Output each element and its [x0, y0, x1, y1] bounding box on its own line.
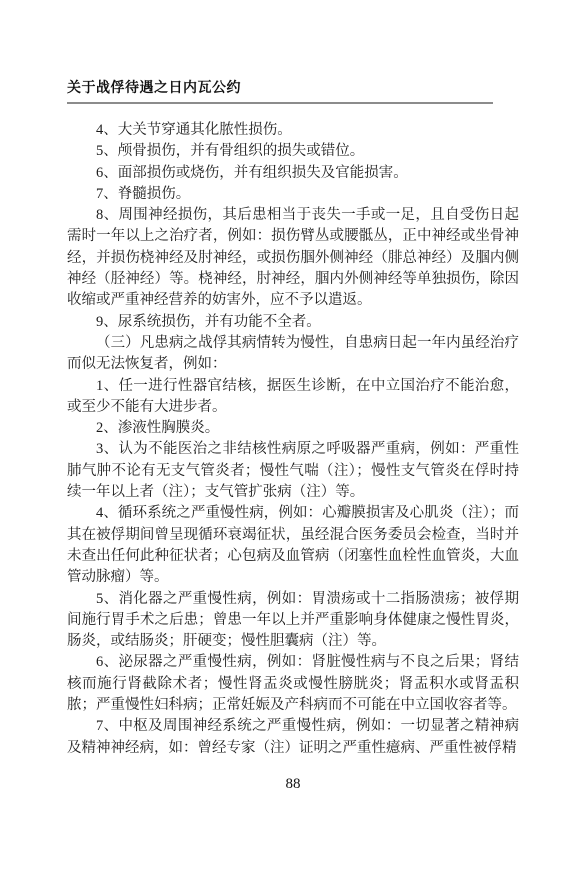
document-title: 关于战俘待遇之日内瓦公约	[67, 79, 519, 95]
paragraph: 8、周围神经损伤，其后患相当于丧失一手或一足，且自受伤日起需时一年以上之治疗者，…	[67, 205, 519, 311]
paragraph: 5、颅骨损伤，并有骨组织的损失或错位。	[67, 141, 519, 162]
paragraph: 6、泌尿器之严重慢性病，例如：肾脏慢性病与不良之后果；肾结核而施行肾截除术者；慢…	[67, 652, 519, 716]
paragraph: 5、消化器之严重慢性病，例如：胃溃疡或十二指肠溃疡；被俘期间施行胃手术之后患；曾…	[67, 589, 519, 653]
paragraph: 7、中枢及周围神经系统之严重慢性病，例如：一切显著之精神病及精神神经病，如：曾经…	[67, 716, 519, 759]
running-header: 关于战俘待遇之日内瓦公约	[67, 79, 519, 95]
paragraph: 4、大关节穿通其化脓性损伤。	[67, 120, 519, 141]
paragraph: 1、任一进行性器官结核，据医生诊断，在中立国治疗不能治愈，或至少不能有大进步者。	[67, 376, 519, 419]
paragraph: 7、脊髓损伤。	[67, 184, 519, 205]
paragraph: 3、认为不能医治之非结核性病原之呼吸器严重病，例如：严重性肺气肿不论有无支气管炎…	[67, 439, 519, 503]
header-divider	[67, 102, 493, 104]
paragraph: 2、渗液性胸膜炎。	[67, 418, 519, 439]
paragraph: 4、循环系统之严重慢性病，例如：心瓣膜损害及心肌炎（注）；而其在被俘期间曾呈现循…	[67, 503, 519, 588]
page-number: 88	[0, 776, 586, 793]
document-page: 关于战俘待遇之日内瓦公约 4、大关节穿通其化脓性损伤。 5、颅骨损伤，并有骨组织…	[0, 0, 586, 869]
paragraph: （三）凡患病之战俘其病情转为慢性，自患病日起一年内虽经治疗而似无法恢复者，例如：	[67, 333, 519, 376]
paragraph: 6、面部损伤或烧伤，并有组织损失及官能损害。	[67, 163, 519, 184]
paragraph: 9、尿系统损伤，并有功能不全者。	[67, 312, 519, 333]
body-text: 4、大关节穿通其化脓性损伤。 5、颅骨损伤，并有骨组织的损失或错位。 6、面部损…	[67, 120, 519, 759]
